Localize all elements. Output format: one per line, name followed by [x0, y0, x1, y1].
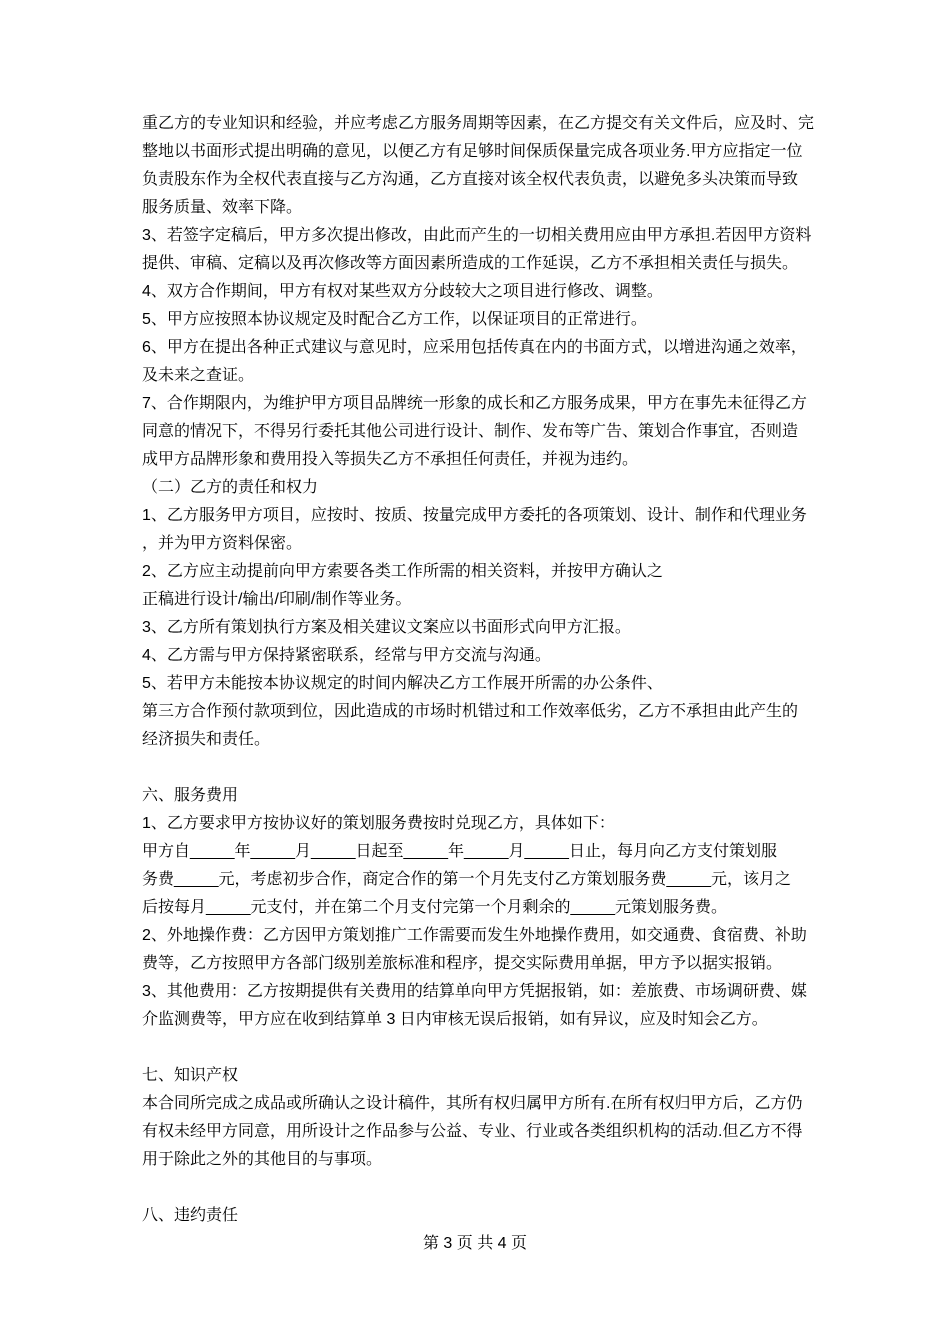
text-line: 5、甲方应按照本协议规定及时配合乙方工作，以保证项目的正常进行。: [142, 306, 816, 334]
text-line: 八、违约责任: [142, 1202, 816, 1230]
text-line: 经济损失和责任。: [142, 726, 816, 754]
text-line: 3、若签字定稿后，甲方多次提出修改，由此而产生的一切相关费用应由甲方承担.若因甲…: [142, 222, 816, 250]
text-line: 6、甲方在提出各种正式建议与意见时，应采用包括传真在内的书面方式，以增进沟通之效…: [142, 334, 816, 362]
text-line: 1、乙方服务甲方项目，应按时、按质、按量完成甲方委托的各项策划、设计、制作和代理…: [142, 502, 816, 530]
text-line: 六、服务费用: [142, 782, 816, 810]
text-line: 正稿进行设计/输出/印刷/制作等业务。: [142, 586, 816, 614]
text-line: 5、若甲方未能按本协议规定的时间内解决乙方工作展开所需的办公条件、: [142, 670, 816, 698]
text-line: 重乙方的专业知识和经验，并应考虑乙方服务周期等因素，在乙方提交有关文件后，应及时…: [142, 110, 816, 138]
text-line: 4、乙方需与甲方保持紧密联系，经常与甲方交流与沟通。: [142, 642, 816, 670]
text-line: 务费_____元，考虑初步合作，商定合作的第一个月先支付乙方策划服务费_____…: [142, 866, 816, 894]
text-line: 本合同所完成之成品或所确认之设计稿件，其所有权归属甲方所有.在所有权归甲方后，乙…: [142, 1090, 816, 1118]
text-line: 及未来之查证。: [142, 362, 816, 390]
text-line: 1、乙方要求甲方按协议好的策划服务费按时兑现乙方，具体如下：: [142, 810, 816, 838]
text-line: 后按每月_____元支付，并在第二个月支付完第一个月剩余的_____元策划服务费…: [142, 894, 816, 922]
text-line: 负责股东作为全权代表直接与乙方沟通，乙方直接对该全权代表负责，以避免多头决策而导…: [142, 166, 816, 194]
document-body: 重乙方的专业知识和经验，并应考虑乙方服务周期等因素，在乙方提交有关文件后，应及时…: [142, 110, 816, 1258]
text-line: 七、知识产权: [142, 1062, 816, 1090]
text-line: 3、乙方所有策划执行方案及相关建议文案应以书面形式向甲方汇报。: [142, 614, 816, 642]
blank-line: [142, 1174, 816, 1202]
text-line: 有权未经甲方同意，用所设计之作品参与公益、专业、行业或各类组织机构的活动.但乙方…: [142, 1118, 816, 1146]
text-line: 用于除此之外的其他目的与事项。: [142, 1146, 816, 1174]
text-line: 同意的情况下，不得另行委托其他公司进行设计、制作、发布等广告、策划合作事宜，否则…: [142, 418, 816, 446]
page-footer: 第 3 页 共 4 页: [1, 1230, 949, 1258]
blank-line: [142, 1034, 816, 1062]
text-line: 整地以书面形式提出明确的意见，以便乙方有足够时间保质保量完成各项业务.甲方应指定…: [142, 138, 816, 166]
document-page: 重乙方的专业知识和经验，并应考虑乙方服务周期等因素，在乙方提交有关文件后，应及时…: [0, 0, 950, 1344]
text-line: 7、合作期限内，为维护甲方项目品牌统一形象的成长和乙方服务成果，甲方在事先未征得…: [142, 390, 816, 418]
text-line: 2、乙方应主动提前向甲方索要各类工作所需的相关资料，并按甲方确认之: [142, 558, 816, 586]
text-line: ，并为甲方资料保密。: [142, 530, 816, 558]
text-line: 介监测费等，甲方应在收到结算单 3 日内审核无误后报销，如有异议，应及时知会乙方…: [142, 1006, 816, 1034]
text-line: （二）乙方的责任和权力: [142, 474, 816, 502]
text-line: 服务质量、效率下降。: [142, 194, 816, 222]
text-line: 提供、审稿、定稿以及再次修改等方面因素所造成的工作延误，乙方不承担相关责任与损失…: [142, 250, 816, 278]
text-line: 成甲方品牌形象和费用投入等损失乙方不承担任何责任，并视为违约。: [142, 446, 816, 474]
text-line: 费等，乙方按照甲方各部门级别差旅标准和程序，提交实际费用单据，甲方予以据实报销。: [142, 950, 816, 978]
text-line: 甲方自_____年_____月_____日起至_____年_____月_____…: [142, 838, 816, 866]
text-line: 第三方合作预付款项到位，因此造成的市场时机错过和工作效率低劣，乙方不承担由此产生…: [142, 698, 816, 726]
text-line: 4、双方合作期间，甲方有权对某些双方分歧较大之项目进行修改、调整。: [142, 278, 816, 306]
text-line: 2、外地操作费：乙方因甲方策划推广工作需要而发生外地操作费用，如交通费、食宿费、…: [142, 922, 816, 950]
text-line: 3、其他费用：乙方按期提供有关费用的结算单向甲方凭据报销，如：差旅费、市场调研费…: [142, 978, 816, 1006]
blank-line: [142, 754, 816, 782]
